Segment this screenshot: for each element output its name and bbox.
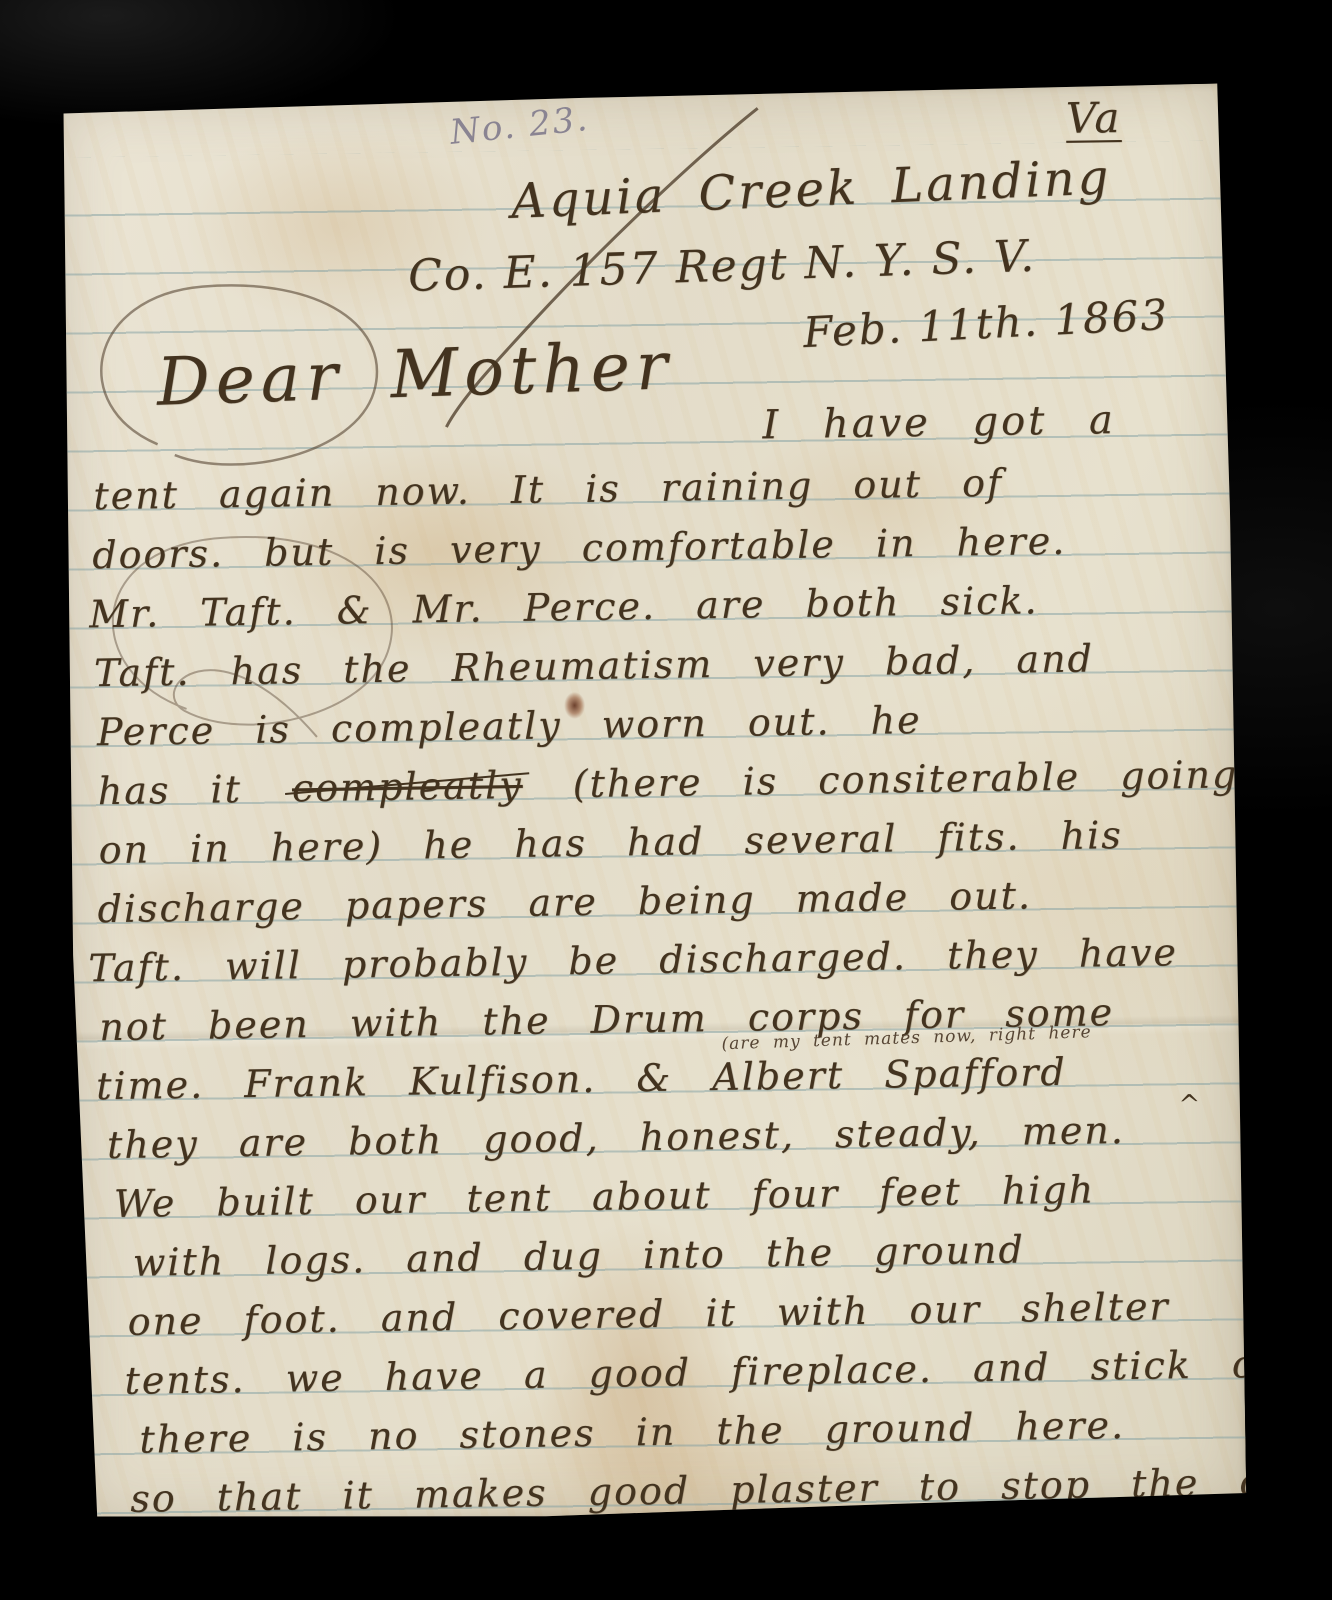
letter-line: tent again now. It is raining out of: [93, 459, 1003, 520]
letter-scan: No. 23. Va Aquia Creek Landing Co. E. 15…: [0, 0, 1332, 1600]
letter-line: Taft. will probably be discharged. they …: [88, 928, 1178, 992]
heading-place: Aquia Creek Landing: [510, 149, 1112, 230]
insertion-caret: ^: [1178, 1090, 1200, 1120]
letter-line: time. Frank Kulfison. & Albert Spafford: [96, 1048, 1067, 1110]
heading-date: Feb. 11th. 1863: [802, 290, 1170, 357]
letter-line: with logs. and dug into the ground: [132, 1226, 1025, 1287]
letter-line: Perce is compleatly worn out. he: [97, 696, 922, 756]
opening-phrase: I have got a: [762, 397, 1116, 448]
letter-line: Mr. Taft. & Mr. Perce. are both sick.: [89, 576, 1039, 638]
salutation: Dear Mother: [155, 327, 674, 421]
letter-line: doors. but is very comfortable in here.: [92, 517, 1067, 579]
letter-line: We built our tent about four feet high: [114, 1165, 1096, 1228]
letter-line: discharge papers are being made out.: [97, 871, 1032, 933]
struck-word: compleatly: [292, 763, 523, 810]
archival-number: No. 23.: [448, 99, 591, 153]
letter-paper: No. 23. Va Aquia Creek Landing Co. E. 15…: [58, 83, 1247, 1524]
letter-line: so that it makes good plaster to stop th…: [130, 1456, 1332, 1523]
struck-line-pre: has it: [97, 767, 242, 813]
struck-line-post: (there is consiterable going: [572, 752, 1238, 806]
letter-line: tents. we have a good fireplace. and sti…: [124, 1338, 1332, 1405]
letter-line: on in here) he has had several fits. his: [98, 811, 1123, 874]
letter-line: they are both good, honest, steady, men.: [107, 1106, 1126, 1169]
letter-line-struck: has it compleatly (there is consiterable…: [97, 750, 1238, 815]
heading-unit: Co. E. 157 Regt N. Y. S. V.: [407, 231, 1036, 302]
letter-line: there is no stones in the ground here.: [139, 1401, 1125, 1464]
letter-line: one foot. and covered it with our shelte…: [127, 1282, 1170, 1345]
letter-line: Taft. has the Rheumatism very bad, and: [94, 634, 1095, 697]
state-abbreviation: Va: [1066, 93, 1122, 143]
